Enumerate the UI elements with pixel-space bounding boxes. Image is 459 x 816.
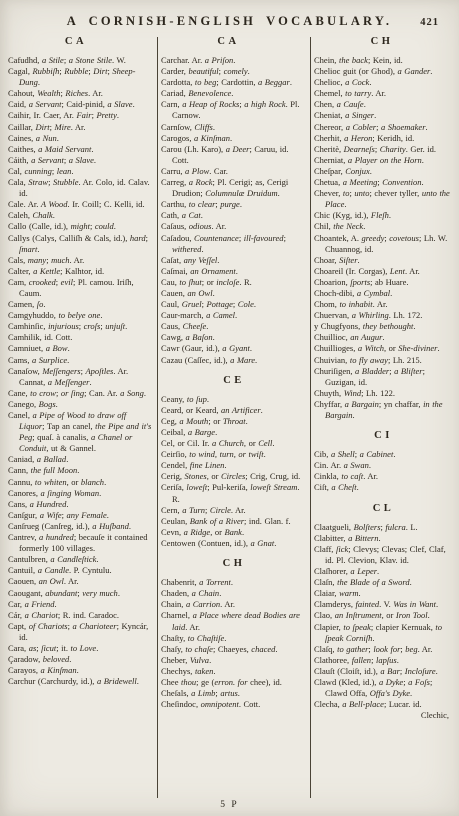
dictionary-entry: Caniad, a Ballad. xyxy=(8,454,154,465)
dictionary-entry: Cantuil, a Candle. P. Cyntulu. xyxy=(8,565,154,576)
dictionary-column-3: Chein, the back; Kein, id.Chelioc guit (… xyxy=(314,53,453,798)
dictionary-entry: Claiar, warm. xyxy=(314,588,453,599)
dictionary-entry: Chee thou; ge (erron. for chee), id. xyxy=(161,677,307,688)
dictionary-entry: Chom, to inhabit. Ar. xyxy=(314,299,453,310)
section-head: CI xyxy=(314,430,453,441)
dictionary-entry: Cahout, Wealth; Riches. Ar. xyxy=(8,88,154,99)
column-head-1: CA xyxy=(0,36,152,47)
dictionary-entry: Cara, as; ſicut; it. to Love. xyxy=(8,643,154,654)
dictionary-entry: Chever, to; unto; chever tyller, unto th… xyxy=(314,188,453,210)
dictionary-entry: Cevn, a Ridge, or Bank. xyxy=(161,527,307,538)
dictionary-entry: Cawg, a Baſon. xyxy=(161,332,307,343)
dictionary-entry: Chemel, to tarry. Ar. xyxy=(314,88,453,99)
dictionary-entry: Cern, a Turn; Circle. Ar. xyxy=(161,505,307,516)
dictionary-entry: Capt, of Chariots; a Charioteer; Kyncár,… xyxy=(8,621,154,643)
dictionary-entry: Cheſpar, Conjux. xyxy=(314,166,453,177)
dictionary-entry: Caul, Gruel; Pottage; Cole. xyxy=(161,299,307,310)
dictionary-entry: Ceriſa, loweſt; Pul-keriſa, loweſt Strea… xyxy=(161,482,307,504)
dictionary-entry: Chuervan, a Whirling. Lh. 172. xyxy=(314,310,453,321)
dictionary-entry: Canego, Bogs. xyxy=(8,399,154,410)
dictionary-entry: Choantek, A. greedy; covetous; Lh. W. Ch… xyxy=(314,233,453,255)
dictionary-entry: Cár, a Chariot; R. ind. Caradoc. xyxy=(8,610,154,621)
dictionary-entry: Chaſty, to Chaſtiſe. xyxy=(161,633,307,644)
signature-mark: 5 P xyxy=(0,800,459,810)
dictionary-entry: Cheritè, Dearneſs; Charity. Ger. id. xyxy=(314,144,453,155)
dictionary-entry: Chic (Kyg, id.), Fleſh. xyxy=(314,210,453,221)
dictionary-entry: Carreg, a Rock; Pl. Cerigi; as, Cerigi D… xyxy=(161,177,307,199)
dictionary-entry: Chuillioges, a Witch, or She-diviner. xyxy=(314,343,453,354)
dictionary-entry: Cel, or Cil. Ir. a Church, or Cell. xyxy=(161,438,307,449)
dictionary-entry: Cafudhd, a Stile; a Stone Stile. W. xyxy=(8,55,154,66)
dictionary-entry: Cheſals, a Limb; artus. xyxy=(161,688,307,699)
dictionary-entry: Chuyth, Wind; Lh. 122. xyxy=(314,388,453,399)
dictionary-entry: Ceg, a Mouth; or Throat. xyxy=(161,416,307,427)
dictionary-entry: Cerig, Stones, or Circles; Crig, Crug, i… xyxy=(161,471,307,482)
dictionary-entry: Claſq, to gather; look for; beg. Ar. xyxy=(314,644,453,655)
column-heads-row: CA CA CH xyxy=(0,36,459,47)
dictionary-entry: Camniuet, a Bow. xyxy=(8,343,154,354)
dictionary-entry: Ceibal, a Barge. xyxy=(161,427,307,438)
dictionary-entry: Clawd (Kled, id.), a Dyke; a Foſs; Clawd… xyxy=(314,677,453,699)
dictionary-entry: Clao, an Inſtrument, or Iron Tool. xyxy=(314,610,453,621)
dictionary-entry: Chain, a Carrion. Ar. xyxy=(161,599,307,610)
dictionary-entry: Clauſt (Cloiſt, id.), a Bar; Incloſure. xyxy=(314,666,453,677)
dictionary-entry: Carchar. Ar. a Priſon. xyxy=(161,55,307,66)
dictionary-entry: Chabenrit, a Torrent. xyxy=(161,577,307,588)
dictionary-entry: Clabitter, a Bittern. xyxy=(314,533,453,544)
dictionary-entry: Cheſindoc, omnipotent. Cott. xyxy=(161,699,307,710)
page-body: Cafudhd, a Stile; a Stone Stile. W.Cagal… xyxy=(8,53,453,798)
dictionary-entry: Callys (Calys, Calliſh & Cals, id.), har… xyxy=(8,233,154,255)
dictionary-entry: Ceany, to ſup. xyxy=(161,394,307,405)
dictionary-entry: Cantrev, a hundred; becauſe it contained… xyxy=(8,532,154,554)
dictionary-entry: Chelioc, a Cock. xyxy=(314,77,453,88)
dictionary-entry: Cariad, Benevolence. xyxy=(161,88,307,99)
dictionary-entry: Claatgueli, Bolſters; fulcra. L. xyxy=(314,522,453,533)
dictionary-entry: Ceard, or Keard, an Artificer. xyxy=(161,405,307,416)
dictionary-entry: Choarion, ſports; ab Huare. xyxy=(314,277,453,288)
dictionary-entry: Chaden, a Chain. xyxy=(161,588,307,599)
dictionary-entry: Camgyhuddo, to belye one. xyxy=(8,310,154,321)
dictionary-entry: Caſaus, odious. Ar. xyxy=(161,221,307,232)
dictionary-entry: Camen, ſo. xyxy=(8,299,154,310)
dictionary-entry: Canel, a Pipe of Wood to draw off Liquor… xyxy=(8,410,154,454)
scanned-page: A CORNISH-ENGLISH VOCABULARY. 421 CA CA … xyxy=(0,0,459,816)
dictionary-entry: Cala, Straw; Stubble. Ar. Colo, id. Cala… xyxy=(8,177,154,199)
dictionary-entry: Chetua, a Meeting; Convention. xyxy=(314,177,453,188)
dictionary-entry: Carou (Lh. Karo), a Deer; Caruu, id. Cot… xyxy=(161,144,307,166)
dictionary-entry: Canaſow, Meſſengers; Apoſtles. Ar. Canna… xyxy=(8,366,154,388)
dictionary-entry: Carchur (Carchurdy, id.), a Bridewell. xyxy=(8,676,154,687)
dictionary-entry: Chyffar, a Bargain; yn chaffar, in the B… xyxy=(314,399,453,421)
section-head: CH xyxy=(161,558,307,569)
dictionary-entry: Cardotta, to beg; Cardottin, a Beggar. xyxy=(161,77,307,88)
dictionary-entry: Caſadou, Countenance; ill-favoured; with… xyxy=(161,233,307,255)
dictionary-entry: Chein, the back; Kein, id. xyxy=(314,55,453,66)
dictionary-entry: Carder, beautiful; comely. xyxy=(161,66,307,77)
dictionary-entry: Choareil (Ir. Corgas), Lent. Ar. xyxy=(314,266,453,277)
dictionary-entry: Cane, to crow; or ſing; Can. Ar. a Song. xyxy=(8,388,154,399)
section-head: CE xyxy=(161,375,307,386)
dictionary-entry: Cinkla, to caſt. Ar. xyxy=(314,471,453,482)
dictionary-entry: Choch-dibi, a Cymbal. xyxy=(314,288,453,299)
dictionary-entry: Caougant, abundant; very much. xyxy=(8,588,154,599)
dictionary-entry: Cals, many; much. Ar. xyxy=(8,255,154,266)
dictionary-entry: Caleh, Chalk. xyxy=(8,210,154,221)
dictionary-entry: Caid, a Servant; Caid-pinid, a Slave. xyxy=(8,99,154,110)
column-rule xyxy=(310,37,311,798)
column-head-3: CH xyxy=(305,36,459,47)
dictionary-entry: Caur-march, a Camel. xyxy=(161,310,307,321)
dictionary-entry: Caihir, Ir. Caer, Ar. Fair; Pretty. xyxy=(8,110,154,121)
dictionary-entry: Ceulan, Bank of a River; ind. Glan. f. xyxy=(161,516,307,527)
dictionary-entry: Cáith, a Servant; a Slave. xyxy=(8,155,154,166)
column-head-2: CA xyxy=(152,36,305,47)
dictionary-entry: Caſmai, an Ornament. xyxy=(161,266,307,277)
dictionary-entry: Caſat, any Veſſel. xyxy=(161,255,307,266)
dictionary-entry: Carru, a Plow. Car. xyxy=(161,166,307,177)
page-number: 421 xyxy=(420,17,439,28)
dictionary-entry: Canſrueg (Canſreg, id.), a Huſband. xyxy=(8,521,154,532)
dictionary-entry: Chen, a Cauſe. xyxy=(314,99,453,110)
dictionary-entry: Cazau (Caſſec, id.), a Mare. xyxy=(161,355,307,366)
dictionary-entry: Car, a Friend. xyxy=(8,599,154,610)
dictionary-entry: Cal, cunning; lean. xyxy=(8,166,154,177)
dictionary-entry: Choar, Siſter. xyxy=(314,255,453,266)
dictionary-entry: Chereor, a Cobler; a Shoemaker. xyxy=(314,122,453,133)
dictionary-entry: Cagal, Rubbiſh; Rubble; Dirt; Sheep-Dung… xyxy=(8,66,154,88)
dictionary-entry: Cheber, Vulva. xyxy=(161,655,307,666)
dictionary-entry: Camhilik, id. Cott. xyxy=(8,332,154,343)
dictionary-entry: Cau, to ſhut; or incloſe. R. xyxy=(161,277,307,288)
dictionary-entry: Clapier, to ſpeak; clapier Kernuak, to ſ… xyxy=(314,622,453,644)
dictionary-entry: Claff, ſick; Clevys; Clevas; Clef, Claf,… xyxy=(314,544,453,566)
dictionary-entry: Cendel, fine Linen. xyxy=(161,460,307,471)
dictionary-entry: Çaradow, beloved. xyxy=(8,654,154,665)
dictionary-column-2: Carchar. Ar. a Priſon.Carder, beautiful;… xyxy=(161,53,307,798)
dictionary-entry: Canſgur, a Wife; any Female. xyxy=(8,510,154,521)
dictionary-entry: Callo (Calle, id.), might; could. xyxy=(8,221,154,232)
dictionary-entry: Cann, the full Moon. xyxy=(8,465,154,476)
dictionary-entry: Cale. Ar. A Wood. Ir. Coill; C. Kelli, i… xyxy=(8,199,154,210)
dictionary-entry: Cheniat, a Singer. xyxy=(314,110,453,121)
dictionary-entry: Cam, crooked; evil; Pl. camou. Iriſh, Ca… xyxy=(8,277,154,299)
dictionary-entry: Cawr (Gaur, id.), a Gyant. xyxy=(161,343,307,354)
dictionary-entry: y Chugfyons, they bethought. xyxy=(314,321,453,332)
dictionary-entry: Churiſigen, a Bladder; a Bliſter; Guziga… xyxy=(314,366,453,388)
dictionary-entry: Ceirſio, to wind, turn, or twiſt. xyxy=(161,449,307,460)
dictionary-entry: Cherniat, a Player on the Horn. xyxy=(314,155,453,166)
dictionary-entry: Chechys, taken. xyxy=(161,666,307,677)
dictionary-entry: Clathoree, fallen; lapſus. xyxy=(314,655,453,666)
dictionary-entry: Cin. Ar. a Swan. xyxy=(314,460,453,471)
section-head: CL xyxy=(314,503,453,514)
dictionary-entry: Clamderys, fainted. V. Was in Want. xyxy=(314,599,453,610)
dictionary-entry: Chuivian, to fly away; Lh. 215. xyxy=(314,355,453,366)
dictionary-entry: Centowen (Contuen, id.), a Gnat. xyxy=(161,538,307,549)
dictionary-column-1: Cafudhd, a Stile; a Stone Stile. W.Cagal… xyxy=(8,53,154,798)
dictionary-entry: Cherhit, a Heron; Keridh, id. xyxy=(314,133,453,144)
dictionary-entry: Chuillioc, an Augur. xyxy=(314,332,453,343)
dictionary-entry: Caouen, an Owl. Ar. xyxy=(8,576,154,587)
dictionary-entry: Carn, a Heap of Rocks; a high Rock. Pl. … xyxy=(161,99,307,121)
dictionary-entry: Ciſt, a Cheſt. xyxy=(314,482,453,493)
dictionary-entry: Cauen, an Owl. xyxy=(161,288,307,299)
dictionary-entry: Cams, a Surplice. xyxy=(8,355,154,366)
running-head: A CORNISH-ENGLISH VOCABULARY. 421 xyxy=(0,14,459,34)
dictionary-entry: Caillar, Dirt; Mire. Ar. xyxy=(8,122,154,133)
dictionary-entry: Cath, a Cat. xyxy=(161,210,307,221)
dictionary-entry: Canores, a ſinging Woman. xyxy=(8,488,154,499)
vocabulary-title: A CORNISH-ENGLISH VOCABULARY. xyxy=(0,14,459,29)
dictionary-entry: Cantulbren, a Candleſtick. xyxy=(8,554,154,565)
dictionary-entry: Calter, a Kettle; Kalhtor, id. xyxy=(8,266,154,277)
dictionary-entry: Cib, a Shell; a Cabinet. xyxy=(314,449,453,460)
dictionary-entry: Carnſow, Cliffs. xyxy=(161,122,307,133)
dictionary-entry: Carayos, a Kinſman. xyxy=(8,665,154,676)
column-rule xyxy=(157,37,158,798)
catchword: Clechic, xyxy=(314,710,453,721)
dictionary-entry: Claſhorer, a Leper. xyxy=(314,566,453,577)
dictionary-entry: Carogos, a Kinſman. xyxy=(161,133,307,144)
dictionary-entry: Caines, a Nun. xyxy=(8,133,154,144)
dictionary-entry: Chaſy, to chaſe; Chaeyes, chaced. xyxy=(161,644,307,655)
dictionary-entry: Camhinſic, injurious; croſs; unjuſt. xyxy=(8,321,154,332)
dictionary-entry: Caithes, a Maid Servant. xyxy=(8,144,154,155)
dictionary-entry: Chelioc guit (or Ghod), a Gander. xyxy=(314,66,453,77)
dictionary-entry: Cans, a Hundred. xyxy=(8,499,154,510)
dictionary-entry: Carthu, to clear; purge. xyxy=(161,199,307,210)
dictionary-entry: Chil, the Neck. xyxy=(314,221,453,232)
dictionary-entry: Caus, Cheeſe. xyxy=(161,321,307,332)
dictionary-entry: Claſn, the Blade of a Sword. xyxy=(314,577,453,588)
dictionary-entry: Charnel, a Place where dead Bodies are l… xyxy=(161,610,307,632)
dictionary-entry: Cannu, to whiten, or blanch. xyxy=(8,477,154,488)
dictionary-entry: Clecha, a Bell-place; Lucar. id. xyxy=(314,699,453,710)
